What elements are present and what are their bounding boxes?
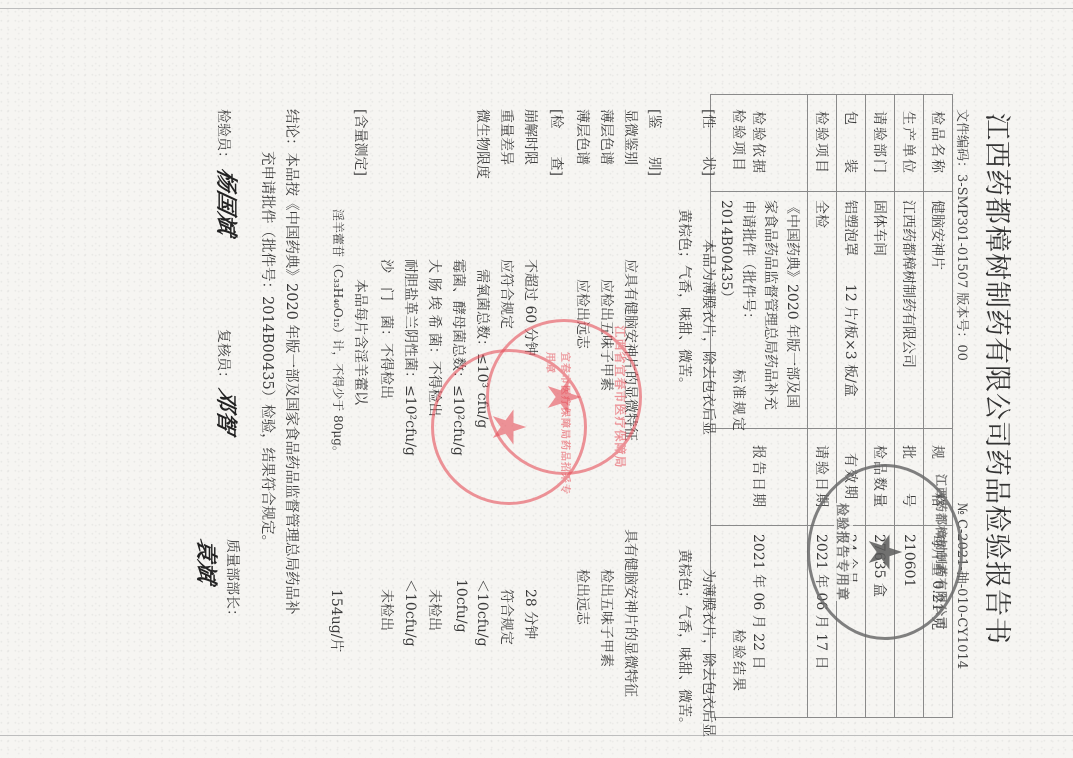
info-value: 每片重 0.21 克 xyxy=(923,526,952,718)
info-value: 2021 年 06 月 17 日 xyxy=(807,526,836,718)
info-row: 检品名称 健脑安神片 规 格 每片重 0.21 克 xyxy=(923,95,952,718)
conclusion-line: 结论：本品按《中国药典》2020 年版一部及国家食品药品监督管理总局药品补 xyxy=(282,109,303,615)
inspect-result: 28 分钟 xyxy=(521,589,541,639)
ident-result: 检出远志 xyxy=(573,569,593,625)
info-label: 请验日期 xyxy=(807,429,836,526)
ident-item: 薄层色谱 xyxy=(597,109,617,165)
qa-head-sign: 袁斌 xyxy=(192,536,223,587)
assay-standard: 淫羊藿苷（C₃₃H₄₀O₁₅）计，不得少于 80μg。 xyxy=(330,209,347,458)
section-character: [性 状] xyxy=(699,109,719,176)
stamp-text: 宜春市医疗保障局药品招采专用章 xyxy=(544,352,574,502)
ident-result: 检出五味子甲素 xyxy=(597,569,617,667)
character-result: 黄棕色；气香，味甜、微苦。 xyxy=(675,549,695,731)
microbial-standard: 霉菌、酵母菌总数：≤10²cfu/g xyxy=(449,259,469,456)
microbial-result: ＜10cfu/g xyxy=(401,579,421,647)
info-row: 生产单位 江西药都樟树制药有限公司 批 号 210601 xyxy=(894,95,923,718)
info-row: 请验部门 固体车间 检品数量 27635 盒 xyxy=(865,95,894,718)
ident-result: 具有健脑安神片的显微特征 xyxy=(621,529,641,697)
info-value: 铝塑泡罩 12 片/板×3 板/盒 xyxy=(836,192,865,429)
file-code: 文件编码：3-SMP301-01507 版本号：00 xyxy=(954,109,973,361)
info-row-basis: 检验依据 《中国药典》2020 年版一部及国家食品药品监督管理总局药品补充申请批… xyxy=(710,95,807,718)
info-value: 27635 盒 xyxy=(865,526,894,718)
info-value: 健脑安神片 xyxy=(923,192,952,429)
inspect-item: 重量差异 xyxy=(497,109,517,165)
info-label: 检验项目 xyxy=(807,95,836,192)
microbial-standard: 沙 门 菌：不得检出 xyxy=(377,259,397,399)
qa-head-signature: 质量部部长： 袁斌 xyxy=(192,539,243,669)
ident-item: 薄层色谱 xyxy=(573,109,593,165)
report-date: 2021 年 06 月 22 日 xyxy=(710,526,807,718)
info-label: 规 格 xyxy=(923,429,952,526)
inspect-result: 符合规定 xyxy=(497,589,517,645)
reviewer-label: 复核员： xyxy=(215,329,231,385)
microbial-standard: 大 肠 埃 希 菌：不得检出 xyxy=(425,259,445,417)
inspect-standard: 不超过 60 分钟 xyxy=(521,259,541,356)
microbial-result: 未检出 xyxy=(425,589,445,631)
info-label: 报告日期 xyxy=(710,429,807,526)
microbial-result: 未检出 xyxy=(377,589,397,631)
info-label: 请验部门 xyxy=(865,95,894,192)
reviewer-signature: 复核员： 邓智 xyxy=(212,329,243,433)
inspector-signature: 检验员： 杨国斌 xyxy=(212,109,243,235)
inspection-report-page: 江西药都樟树制药有限公司药品检验报告书 文件编码：3-SMP301-01507 … xyxy=(37,19,1037,739)
header-result: 检验结果 xyxy=(729,629,749,693)
header-item: 检验项目 xyxy=(729,109,749,173)
info-value: 210601 xyxy=(894,526,923,718)
inspector-sign: 杨国斌 xyxy=(212,166,243,239)
report-title: 江西药都樟树制药有限公司药品检验报告书 xyxy=(980,19,1019,739)
microbial-result: 10cfu/g xyxy=(453,579,469,633)
info-value: 全检 xyxy=(807,192,836,429)
character-result: 为薄膜衣片，除去包衣后显 xyxy=(699,569,719,737)
report-meta: 文件编码：3-SMP301-01507 版本号：00 № C-2021-抽-01… xyxy=(954,109,973,669)
inspect-standard: 应符合规定 xyxy=(497,259,517,329)
inspection-basis: 《中国药典》2020 年版一部及国家食品药品监督管理总局药品补充申请批件（批件号… xyxy=(710,192,807,429)
character-standard: 黄棕色；气香，味甜、微苦。 xyxy=(675,209,695,391)
info-value: 江西药都樟树制药有限公司 xyxy=(894,192,923,429)
info-label: 包 装 xyxy=(836,95,865,192)
info-value: 固体车间 xyxy=(865,192,894,429)
ident-standard: 应检出远志 xyxy=(573,279,593,349)
microbial-item: 微生物限度 xyxy=(473,109,493,179)
conclusion-line: 充申请批件（批件号：2014B00435）检验，结果符合规定。 xyxy=(258,151,279,549)
qa-head-label: 质量部部长： xyxy=(224,539,240,623)
section-inspection: [检 查] xyxy=(547,109,567,176)
info-label: 有效期 xyxy=(836,429,865,526)
red-seal-1: 江西省宜春市医疗保障局 ★ xyxy=(486,319,642,475)
header-standard: 标准规定 xyxy=(729,369,749,433)
info-row: 包 装 铝塑泡罩 12 片/板×3 板/盒 有效期 24 个月 xyxy=(836,95,865,718)
ident-standard: 应具有健脑安神片的显微特征 xyxy=(621,259,641,441)
info-label: 检验依据 xyxy=(710,95,807,192)
microbial-standard: 耐胆盐革兰阴性菌：≤10²cfu/g xyxy=(401,259,421,456)
assay-result: 154ug/片 xyxy=(327,589,347,652)
info-label: 检品数量 xyxy=(865,429,894,526)
inspector-label: 检验员： xyxy=(215,109,231,165)
ident-standard: 应检出五味子甲素 xyxy=(597,279,617,391)
info-label: 检品名称 xyxy=(923,95,952,192)
info-row: 检验项目 全检 请验日期 2021 年 06 月 17 日 xyxy=(807,95,836,718)
reviewer-sign: 邓智 xyxy=(212,386,243,437)
report-number: № C-2021-抽-010-CY1014 xyxy=(954,503,973,669)
section-identification: [鉴 别] xyxy=(645,109,665,176)
scan-edge-top xyxy=(0,8,1073,9)
inspect-item: 崩解时限 xyxy=(521,109,541,165)
info-value: 24 个月 xyxy=(836,526,865,718)
assay-standard: 本品每片含淫羊藿以 xyxy=(351,279,371,405)
character-standard: 本品为薄膜衣片，除去包衣后显 xyxy=(699,239,719,435)
microbial-standard: 需氧菌总数：≤10³ cfu/g xyxy=(473,269,493,428)
section-assay: [含量测定] xyxy=(351,109,371,176)
ident-item: 显微鉴别 xyxy=(621,109,641,165)
microbial-result: ＜10cfu/g xyxy=(473,579,493,647)
info-label: 生产单位 xyxy=(894,95,923,192)
info-label: 批 号 xyxy=(894,429,923,526)
star-icon: ★ xyxy=(541,376,587,417)
